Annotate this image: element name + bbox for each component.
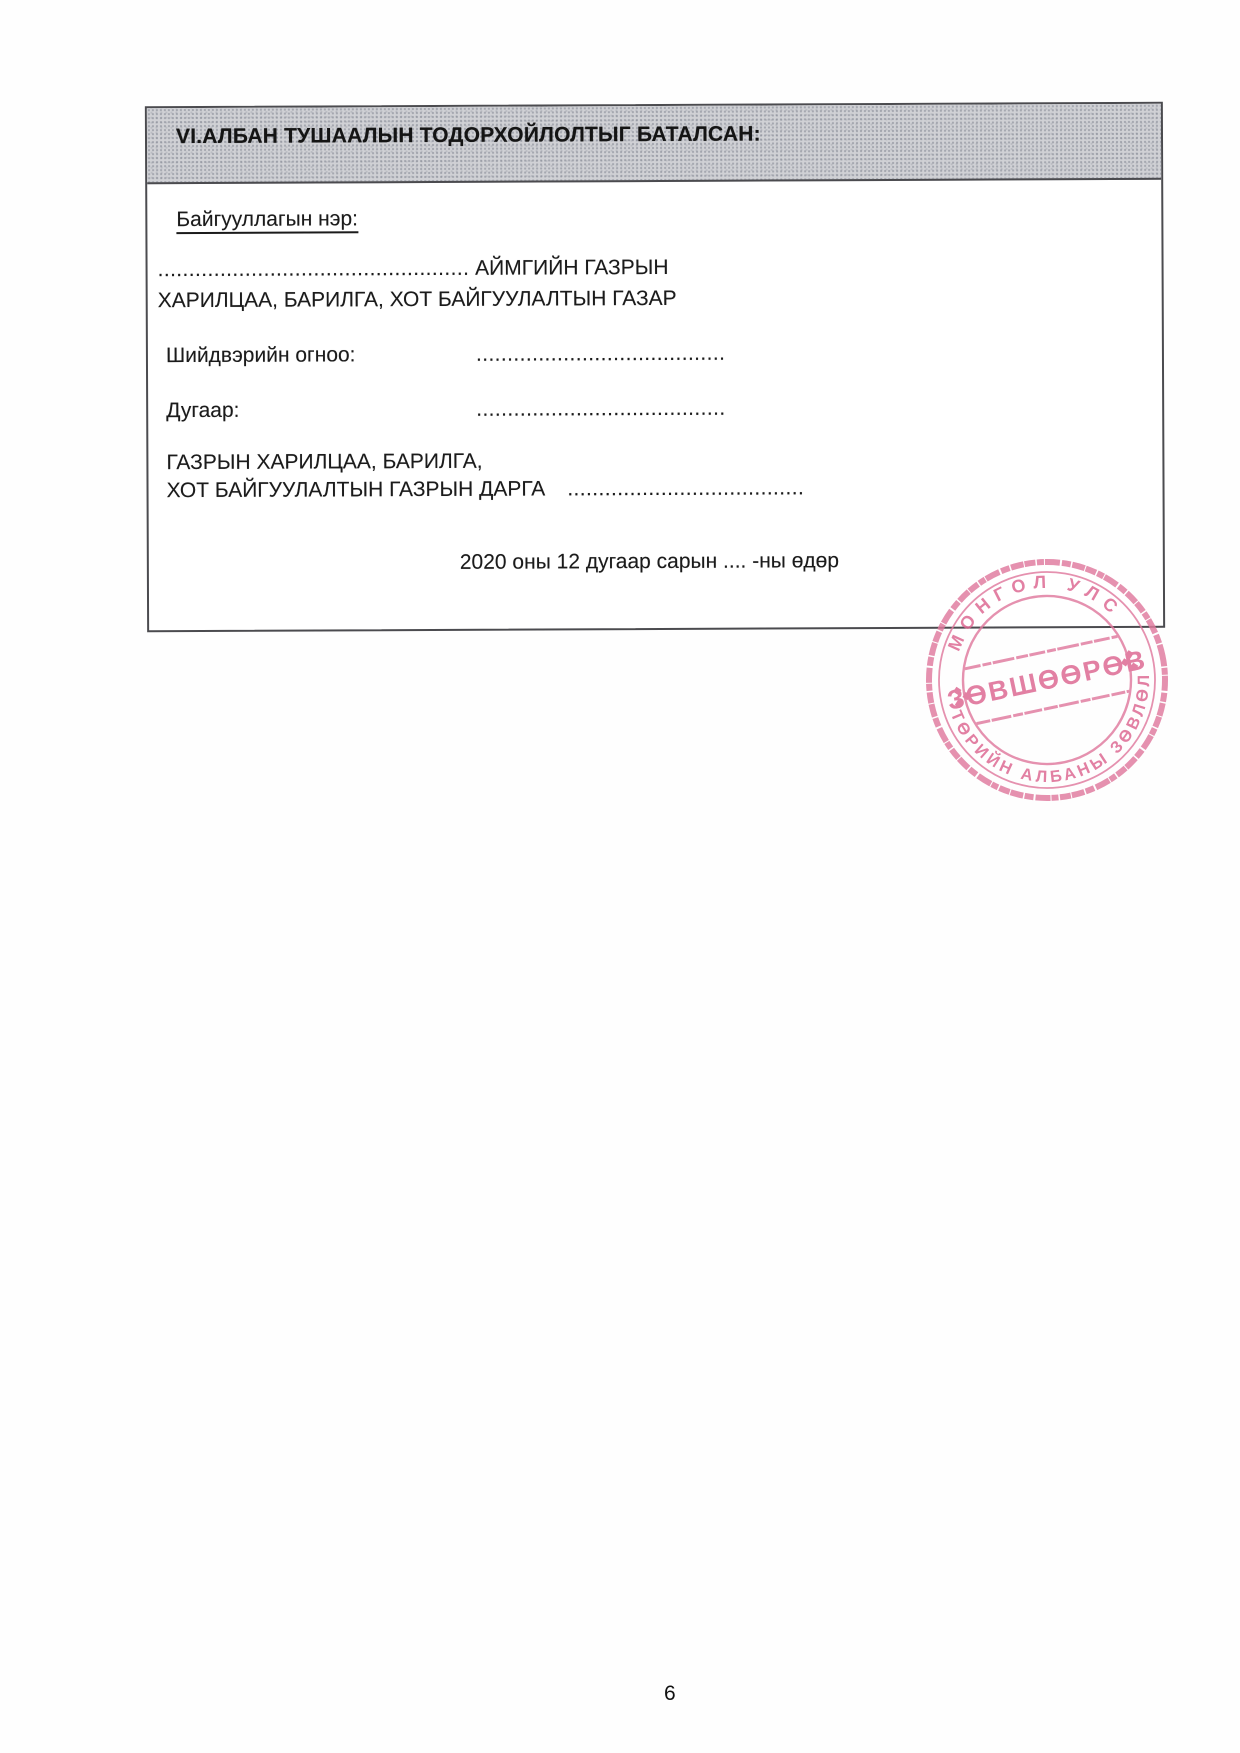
organization-value-line1: ........................................… (158, 256, 669, 282)
page-number: 6 (664, 1682, 676, 1706)
number-label: Дугаар: (166, 399, 239, 422)
stamp-right-ornament (1119, 649, 1140, 673)
organization-name-label: Байгууллагын нэр: (176, 207, 358, 234)
stamp-approved-text: ЗӨВШӨӨРӨВ (945, 644, 1150, 716)
number-row: Дугаар: ................................… (166, 395, 1162, 423)
section-header-bar: VI.АЛБАН ТУШААЛЫН ТОДОРХОЙЛОЛТЫГ БАТАЛСА… (147, 104, 1161, 184)
date-line-text: 2020 оны 12 дугаар сарын .... -ны өдөр (460, 549, 839, 574)
stamp-left-ornament (951, 684, 973, 709)
section-header-title: VI.АЛБАН ТУШААЛЫН ТОДОРХОЙЛОЛТЫГ БАТАЛСА… (176, 123, 761, 150)
director-title-text1: ГАЗРЫН ХАРИЛЦАА, БАРИЛГА, (166, 450, 482, 474)
stamp-band-top-line (965, 636, 1118, 668)
date-line: 2020 оны 12 дугаар сарын .... -ны өдөр (460, 549, 839, 575)
decision-date-label: Шийдвэрийн огноо: (166, 343, 356, 367)
organization-name-row: Байгууллагын нэр: (176, 207, 358, 232)
decision-date-fill-dots: ........................................ (476, 342, 725, 367)
organization-value-line2: ХАРИЛЦАА, БАРИЛГА, ХОТ БАЙГУУЛАЛТЫН ГАЗА… (158, 287, 677, 313)
document-page: VI.АЛБАН ТУШААЛЫН ТОДОРХОЙЛОЛТЫГ БАТАЛСА… (0, 0, 1240, 1753)
director-title-line1: ГАЗРЫН ХАРИЛЦАА, БАРИЛГА, (166, 450, 482, 475)
stamp-council-arc-text: ТӨРИЙН АЛБАНЫ ЗӨВЛӨЛ (946, 668, 1172, 806)
director-title-line2: ХОТ БАЙГУУЛАЛТЫН ГАЗРЫН ДАРГА...........… (166, 476, 804, 503)
director-signature-dots: ...................................... (567, 476, 804, 500)
approval-section-box: VI.АЛБАН ТУШААЛЫН ТОДОРХОЙЛОЛТЫГ БАТАЛСА… (145, 102, 1165, 632)
organization-value-text1: АЙМГИЙН ГАЗРЫН (469, 256, 668, 280)
decision-date-row: Шийдвэрийн огноо: ......................… (166, 340, 1162, 368)
number-fill-dots: ........................................ (476, 397, 725, 422)
director-title-text2: ХОТ БАЙГУУЛАЛТЫН ГАЗРЫН ДАРГА (166, 477, 545, 502)
organization-fill-dots: ........................................… (158, 257, 470, 281)
stamp-band-bottom-line (977, 691, 1130, 723)
organization-value-text2: ХАРИЛЦАА, БАРИЛГА, ХОТ БАЙГУУЛАЛТЫН ГАЗА… (158, 287, 677, 312)
